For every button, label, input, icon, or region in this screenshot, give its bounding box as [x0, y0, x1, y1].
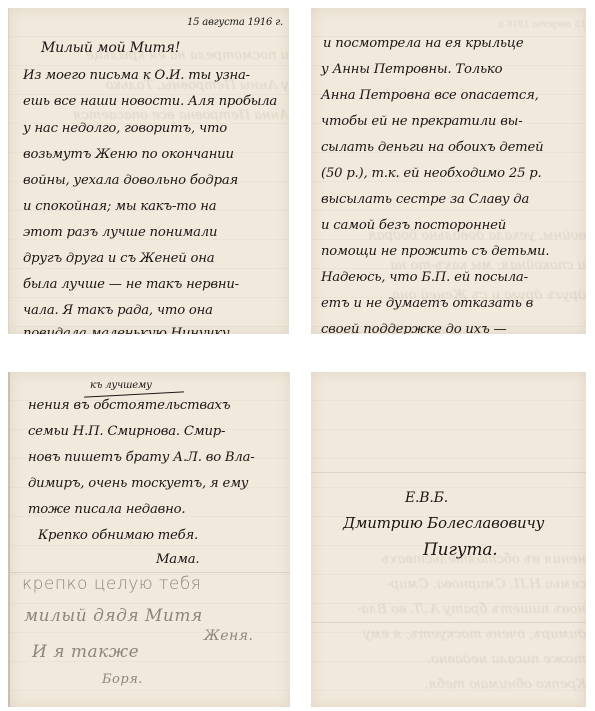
pencil-line: И я также — [32, 642, 290, 662]
letter-line: своей поддержке до ихъ — — [321, 322, 586, 334]
letter-line: димиръ, очень тоскуетъ, я ему — [28, 476, 290, 491]
letter-line: и посмотрела на ея крыльце — [323, 36, 586, 51]
letter-line: у нас недолго, говоритъ, что — [23, 121, 289, 136]
letter-line: Надеюсь, что Б.П. ей посыла- — [321, 270, 586, 285]
letter-line: Анна Петровна все опасается, — [321, 88, 586, 103]
letter-page-2: 15 августа 1916 г. войны, уехала довольн… — [311, 8, 586, 334]
address-honorific: Е.В.Б. — [405, 490, 586, 506]
letter-page-1: и посмотрела на ея крыльце у Анны Петров… — [8, 8, 289, 334]
letter-line: сылать деньги на обоихъ детей — [321, 140, 586, 155]
letter-line: другъ друга и съ Женей она — [23, 251, 289, 266]
letter-line: тоже писала недавно. — [28, 502, 290, 517]
letter-date: 15 августа 1916 г. — [187, 17, 289, 28]
signature-mama: Мама. — [156, 552, 290, 567]
letter-line: Крепко обнимаю тебя. — [38, 528, 290, 543]
letter-line: войны, уехала довольно бодрая — [23, 173, 289, 188]
letter-line: повидала маленькую Нинучку — [23, 326, 289, 334]
address-name: Дмитрию Болеславовичу — [343, 514, 586, 532]
letter-line: чала. Я такъ рада, что она — [23, 303, 289, 318]
letter-page-3: къ лучшему нения въ обстоятельствахъ сем… — [8, 372, 290, 707]
letter-line: етъ и не думаетъ отказать в — [321, 296, 586, 311]
letter-line: новъ пишетъ брату А.Л. во Вла- — [28, 450, 290, 465]
letter-salutation: Милый мой Митя! — [41, 40, 289, 56]
letter-line: чтобы ей не прекратили вы- — [321, 114, 586, 129]
letter-line: высылать сестре за Славу да — [321, 192, 586, 207]
letter-line: и спокойная; мы какъ-то на — [23, 199, 289, 214]
insertion-note: къ лучшему — [90, 380, 290, 391]
letter-line: этот разъ лучше понимали — [23, 225, 289, 240]
letter-line: семьи Н.П. Смирнова. Смир- — [28, 424, 290, 439]
pencil-line: милый дядя Митя — [24, 606, 290, 626]
letter-line: Из моего письма к О.И. ты узна- — [23, 68, 289, 83]
letter-page-4-envelope: нения въ обстоятельствахъ семьи Н.П. Сми… — [311, 372, 586, 707]
letter-line: и самой безъ посторонней — [321, 218, 586, 233]
letter-line: помощи не прожить съ детьми. — [321, 244, 586, 259]
letter-line: (50 р.), т.к. ей необходимо 25 р. — [321, 166, 586, 181]
letter-line: нения въ обстоятельствахъ — [28, 398, 290, 413]
pencil-line: крепко целую тебя — [22, 574, 290, 594]
letter-line: у Анны Петровны. Только — [321, 62, 586, 77]
letter-line: была лучше — не такъ нервни- — [23, 277, 289, 292]
address-surname: Пигута. — [423, 540, 586, 560]
letter-line: ешь все наши новости. Аля пробыла — [23, 94, 289, 109]
pencil-signature-borya: Боря. — [102, 672, 290, 687]
letter-line: возьмутъ Женю по окончании — [23, 147, 289, 162]
